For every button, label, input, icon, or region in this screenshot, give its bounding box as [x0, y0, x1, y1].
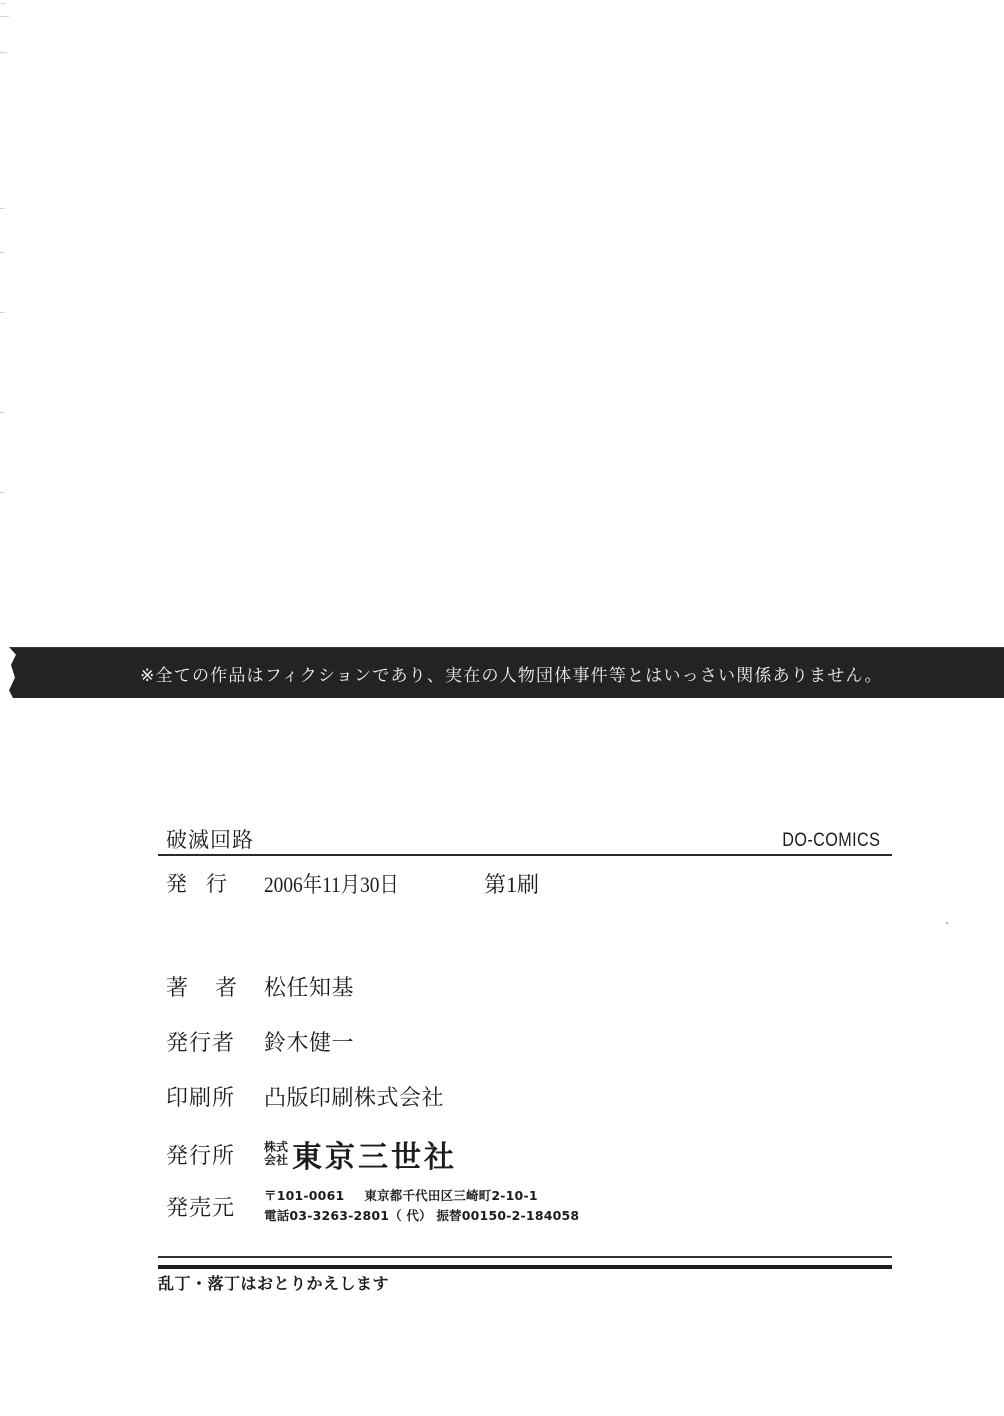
- disclaimer-band: ※全ての作品はフィクションであり、実在の人物団体事件等とはいっさい関係ありません…: [9, 647, 1004, 698]
- replacement-note: 乱丁・落丁はおとりかえします: [158, 1272, 389, 1296]
- publisher-name: 東京三世社: [292, 1132, 457, 1176]
- issuer-row: 発行者 鈴木健一: [166, 1026, 354, 1057]
- kabushiki-line2: 会社: [264, 1154, 288, 1167]
- issue-date: 2006年11月30日: [264, 868, 449, 899]
- divider-thick: [158, 1265, 892, 1269]
- imprint-label: DO-COMICS: [782, 828, 880, 854]
- scan-edge-marks: [0, 0, 14, 520]
- author-value: 松任知基: [264, 971, 354, 1002]
- issue-label-part2: 行: [206, 872, 228, 896]
- issue-label-part1: 発: [166, 872, 188, 896]
- divider-thin: [158, 1256, 892, 1258]
- distributor-value: 〒101-0061東京都千代田区三崎町2-10-1 電話03-3263-2801…: [264, 1186, 579, 1226]
- author-label-part2: 者: [215, 976, 238, 1001]
- street-address: 東京都千代田区三崎町2-10-1: [364, 1188, 537, 1203]
- title-row: 破滅回路 DO-COMICS: [158, 822, 892, 856]
- book-title: 破滅回路: [166, 826, 254, 854]
- kabushiki-kaisha-mark: 株式 会社: [264, 1141, 288, 1167]
- issuer-value: 鈴木健一: [264, 1026, 354, 1057]
- distributor-phone-line: 電話03-3263-2801（ 代） 振替00150-2-184058: [264, 1206, 579, 1226]
- publisher-value: 株式 会社 東京三世社: [264, 1132, 457, 1176]
- issue-printing: 第1刷: [484, 868, 539, 899]
- issue-date-row: 発行 2006年11月30日 第1刷: [158, 868, 892, 898]
- scan-speck: [946, 922, 948, 924]
- publisher-row: 発行所 株式 会社 東京三世社: [166, 1132, 457, 1176]
- publisher-label: 発行所: [166, 1139, 264, 1170]
- postal-code: 〒101-0061: [264, 1188, 344, 1203]
- distributor-address-line: 〒101-0061東京都千代田区三崎町2-10-1: [264, 1186, 579, 1206]
- author-label: 著者: [166, 971, 264, 1002]
- issuer-label: 発行者: [166, 1026, 264, 1057]
- printer-value: 凸版印刷株式会社: [264, 1081, 444, 1112]
- author-row: 著者 松任知基: [166, 971, 354, 1002]
- disclaimer-text: ※全ての作品はフィクションであり、実在の人物団体事件等とはいっさい関係ありません…: [140, 661, 883, 686]
- issue-label: 発行: [166, 868, 264, 898]
- author-label-part1: 著: [166, 976, 189, 1001]
- distributor-row: 発売元 〒101-0061東京都千代田区三崎町2-10-1 電話03-3263-…: [166, 1186, 579, 1226]
- printer-row: 印刷所 凸版印刷株式会社: [166, 1081, 444, 1112]
- printer-label: 印刷所: [166, 1081, 264, 1112]
- colophon: 破滅回路 DO-COMICS 発行 2006年11月30日 第1刷: [158, 822, 892, 898]
- distributor-label: 発売元: [166, 1191, 264, 1222]
